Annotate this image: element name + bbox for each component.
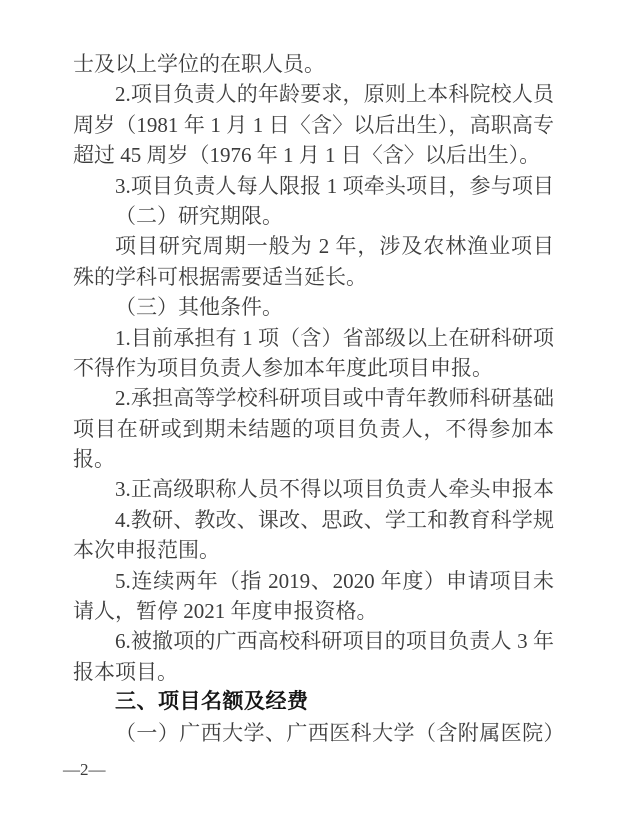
text-line: （三）其他条件。 [73,292,554,322]
text-line: 请人，暂停 2021 年度申报资格。 [73,596,554,626]
text-line: 本次申报范围。 [73,535,554,565]
text-line: 1.目前承担有 1 项（含）省部级以上在研科研项目的申请人 [73,323,554,353]
page-number: —2— [63,760,106,780]
text-line: （二）研究期限。 [73,201,554,231]
text-line: 6.被撤项的广西高校科研项目的项目负责人 3 年内不得申 [73,626,554,656]
text-line: 项目研究周期一般为 2 年，涉及农林渔业项目和研究周期特 [73,231,554,261]
text-line: 士及以上学位的在职人员。 [73,49,554,79]
text-line: 报本项目。 [73,657,554,687]
text-line: 3.正高级职称人员不得以项目负责人牵头申报本项目。 [73,474,554,504]
text-line: 报。 [73,444,554,474]
text-line: 4.教研、教改、课改、思政、学工和教育科学规划课题不在 [73,505,554,535]
text-line: 项目在研或到期未结题的项目负责人，不得参加本年度此项目申 [73,414,554,444]
text-line: 2.承担高等学校科研项目或中青年教师科研基础能力提升 [73,383,554,413]
text-line: （一）广西大学、广西医科大学（含附属医院）申报项目数 [73,718,554,748]
text-line: 2.项目负责人的年龄要求，原则上本科院校人员不超过 40 [73,79,554,109]
text-line: 3.项目负责人每人限报 1 项牵头项目，参与项目不超过 3 项。 [73,171,554,201]
text-line: 5.连续两年（指 2019、2020 年度）申请项目未获资助的申 [73,566,554,596]
text-line: 殊的学科可根据需要适当延长。 [73,262,554,292]
document-page: 士及以上学位的在职人员。2.项目负责人的年龄要求，原则上本科院校人员不超过 40… [0,0,620,833]
text-line: 不得作为项目负责人参加本年度此项目申报。 [73,353,554,383]
text-block: 士及以上学位的在职人员。2.项目负责人的年龄要求，原则上本科院校人员不超过 40… [73,49,554,748]
text-line: 超过 45 周岁（1976 年 1 月 1 日〈含〉以后出生）。 [73,140,554,170]
text-line: 周岁（1981 年 1 月 1 日〈含〉以后出生），高职高专院校人员不 [73,110,554,140]
section-heading: 三、项目名额及经费 [73,687,554,717]
